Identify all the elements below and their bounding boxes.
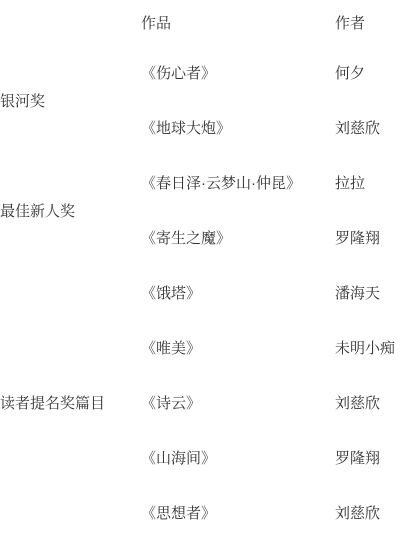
column-header-work: 作品	[141, 0, 335, 45]
work-title-cell: 《伤心者》	[141, 45, 335, 100]
column-header-category-empty	[0, 0, 141, 45]
work-title-cell: 《诗云》	[141, 375, 335, 430]
column-header-author: 作者	[335, 0, 419, 45]
author-cell: 未明小痴	[335, 320, 419, 375]
author-cell: 罗隆翔	[335, 430, 419, 485]
work-title-cell: 《山海间》	[141, 430, 335, 485]
award-category-cell: 银河奖	[0, 45, 141, 155]
table-header-row: 作品 作者	[0, 0, 419, 45]
work-title-cell: 《唯美》	[141, 320, 335, 375]
author-cell: 何夕	[335, 45, 419, 100]
work-title-cell: 《春日泽·云梦山·仲昆》	[141, 155, 335, 210]
table-row: 最佳新人奖 《春日泽·云梦山·仲昆》 拉拉	[0, 155, 419, 210]
table-row: 银河奖 《伤心者》 何夕	[0, 45, 419, 100]
table-row: 读者提名奖篇目 《饿塔》 潘海天	[0, 265, 419, 320]
work-title-cell: 《地球大炮》	[141, 100, 335, 155]
work-title-cell: 《饿塔》	[141, 265, 335, 320]
author-cell: 拉拉	[335, 155, 419, 210]
author-cell: 潘海天	[335, 265, 419, 320]
work-title-cell: 《寄生之魔》	[141, 210, 335, 265]
author-cell: 刘慈欣	[335, 375, 419, 430]
award-category-cell: 最佳新人奖	[0, 155, 141, 265]
author-cell: 刘慈欣	[335, 100, 419, 155]
award-category-cell: 读者提名奖篇目	[0, 265, 141, 539]
awards-table: 作品 作者 银河奖 《伤心者》 何夕 《地球大炮》 刘慈欣 最佳新人奖 《春日泽…	[0, 0, 419, 539]
author-cell: 刘慈欣	[335, 485, 419, 539]
work-title-cell: 《思想者》	[141, 485, 335, 539]
author-cell: 罗隆翔	[335, 210, 419, 265]
